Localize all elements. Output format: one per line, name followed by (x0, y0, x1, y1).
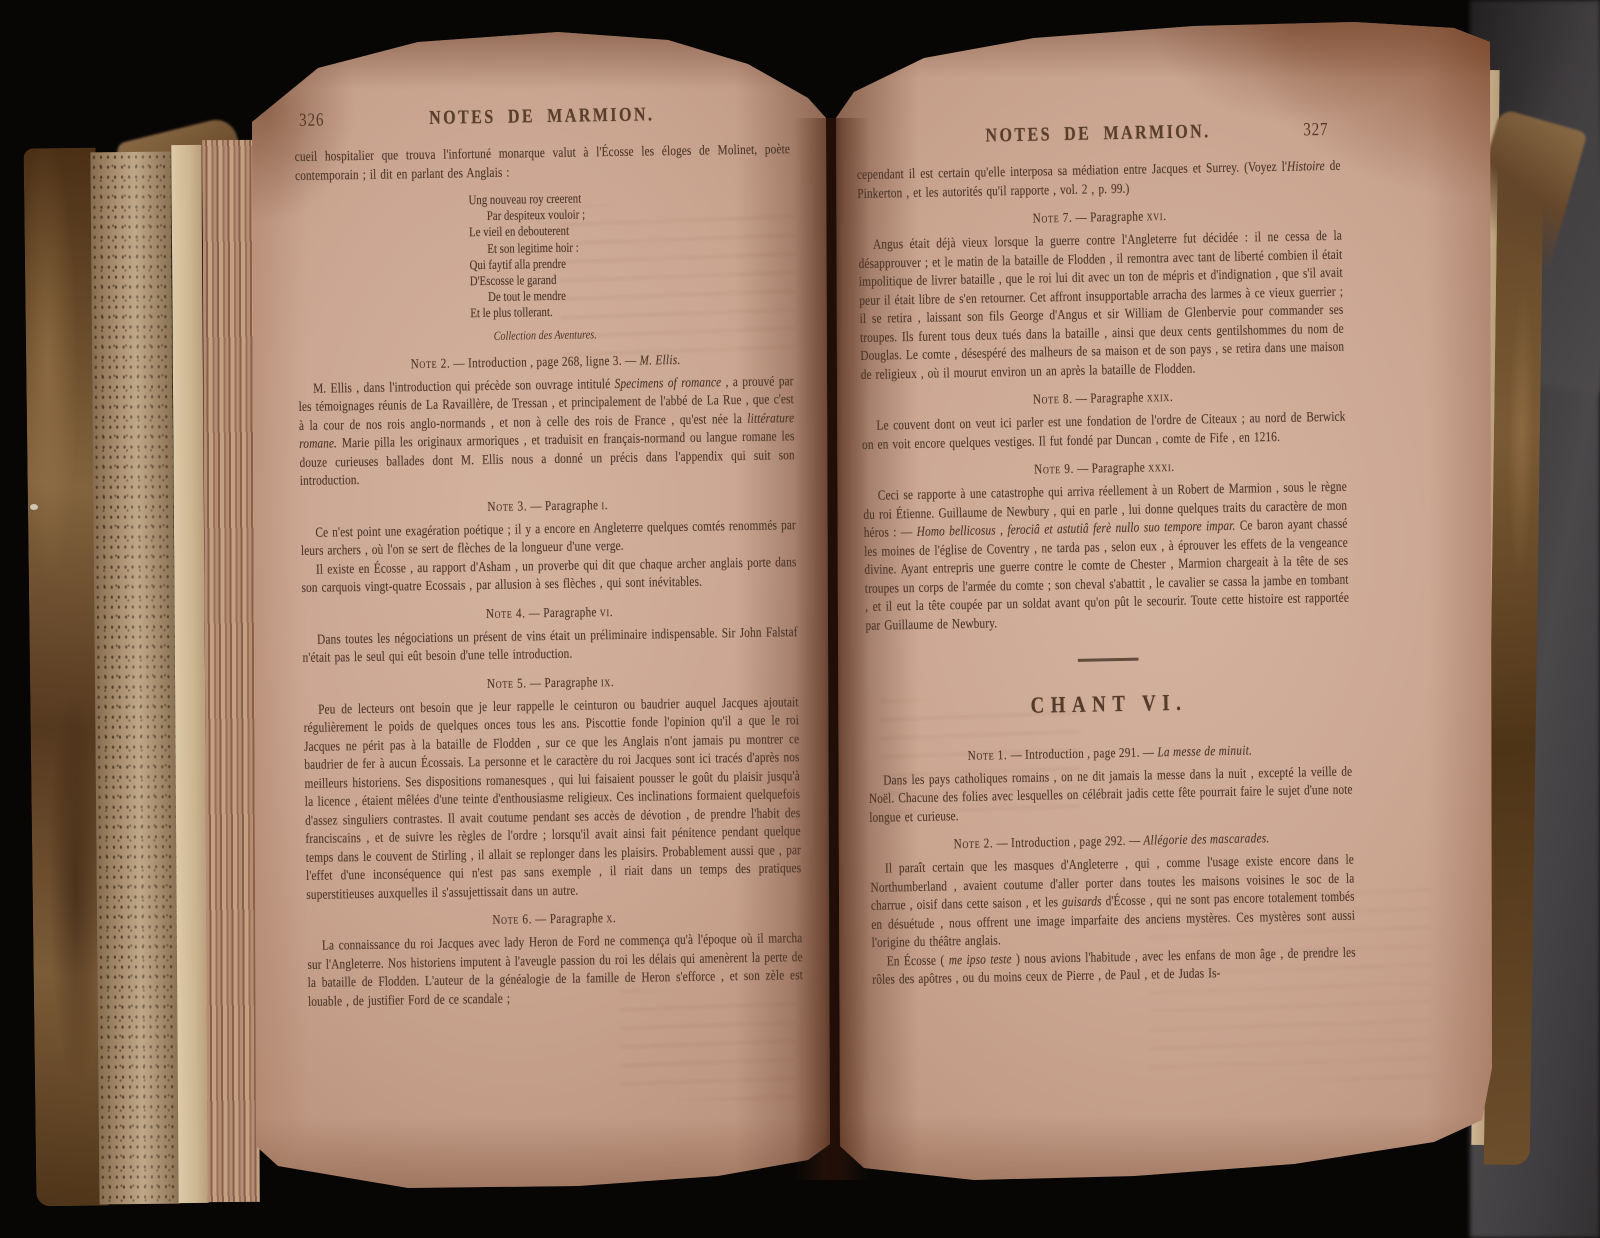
note-heading: Note 1. — Introduction , page 291. — La … (868, 740, 1352, 765)
note-paragraph: Il paraît certain que les masques d'Angl… (870, 851, 1355, 953)
verse-line: Le vieil en debouterent (469, 223, 586, 241)
verse-line: De tout le mendre (470, 288, 587, 306)
note-paragraph: Il existe en Écosse , au rapport d'Asham… (301, 553, 797, 598)
note-paragraph: Dans les pays catholiques romains , on n… (868, 762, 1353, 827)
note-heading: Note 6. — Paragraphe x. (307, 907, 802, 931)
note-paragraph: M. Ellis , dans l'introduction qui précè… (298, 372, 795, 491)
book-photo: 326 NOTES DE MARMION. cueil hospitalier … (0, 0, 1600, 1238)
verse-line: Et le plus tollerant. (470, 304, 587, 322)
section-divider (1078, 658, 1139, 662)
note-paragraph: Dans toutes les négociations un présent … (302, 623, 798, 668)
left-page-content: 326 NOTES DE MARMION. cueil hospitalier … (294, 102, 803, 1011)
note-heading: Note 4. — Paragraphe vi. (302, 601, 797, 625)
note-heading: Note 7. — Paragraphe xvi. (858, 205, 1342, 230)
continuation-paragraph: cueil hospitalier que trouva l'infortuné… (295, 140, 791, 185)
verse-line: Ung nouveau roy creerent (468, 190, 585, 208)
note-paragraph: Angus était déjà vieux lorsque la guerre… (858, 227, 1345, 384)
page-number-right: 327 (1303, 120, 1329, 141)
note-paragraph: La connaissance du roi Jacques avec lady… (307, 929, 803, 1011)
verse-line: Qui faytif alla prendre (469, 255, 586, 273)
note-paragraph: Ceci se rapporte à une catastrophe qui a… (863, 478, 1350, 635)
dust-speck (30, 504, 38, 510)
note-heading: Note 3. — Paragraphe i. (300, 494, 795, 518)
continuation-paragraph: cependant il est certain qu'elle interpo… (857, 157, 1341, 203)
note-heading: Note 8. — Paragraphe xxix. (861, 386, 1345, 411)
page-edge-stripes (202, 140, 260, 1202)
note-heading: Note 5. — Paragraphe ix. (303, 671, 798, 695)
show-through-texture (620, 990, 795, 1100)
verse-line: Et son legitime hoir : (469, 239, 586, 257)
right-page-content: NOTES DE MARMION. 327 cependant il est c… (856, 119, 1356, 990)
note-heading: Note 2. — Introduction , page 292. — All… (870, 829, 1354, 854)
note-heading: Note 9. — Paragraphe xxxi. (862, 456, 1346, 481)
verse-block: Ung nouveau roy creerent Par despiteux v… (468, 190, 586, 321)
verse-attribution: Collection des Aventures. (297, 324, 792, 347)
note-paragraph: Peu de lecteurs ont besoin que je leur r… (303, 693, 801, 904)
verse-line: Par despiteux vouloir ; (469, 207, 586, 225)
note-paragraph: Le couvent dont on veut ici parler est u… (862, 408, 1346, 454)
page-fore-edge-left (90, 152, 179, 1205)
note-heading: Note 2. — Introduction , page 268, ligne… (298, 350, 793, 374)
chant-heading: CHANT VI. (867, 686, 1351, 721)
verse-line: D'Escosse le garand (470, 271, 587, 289)
